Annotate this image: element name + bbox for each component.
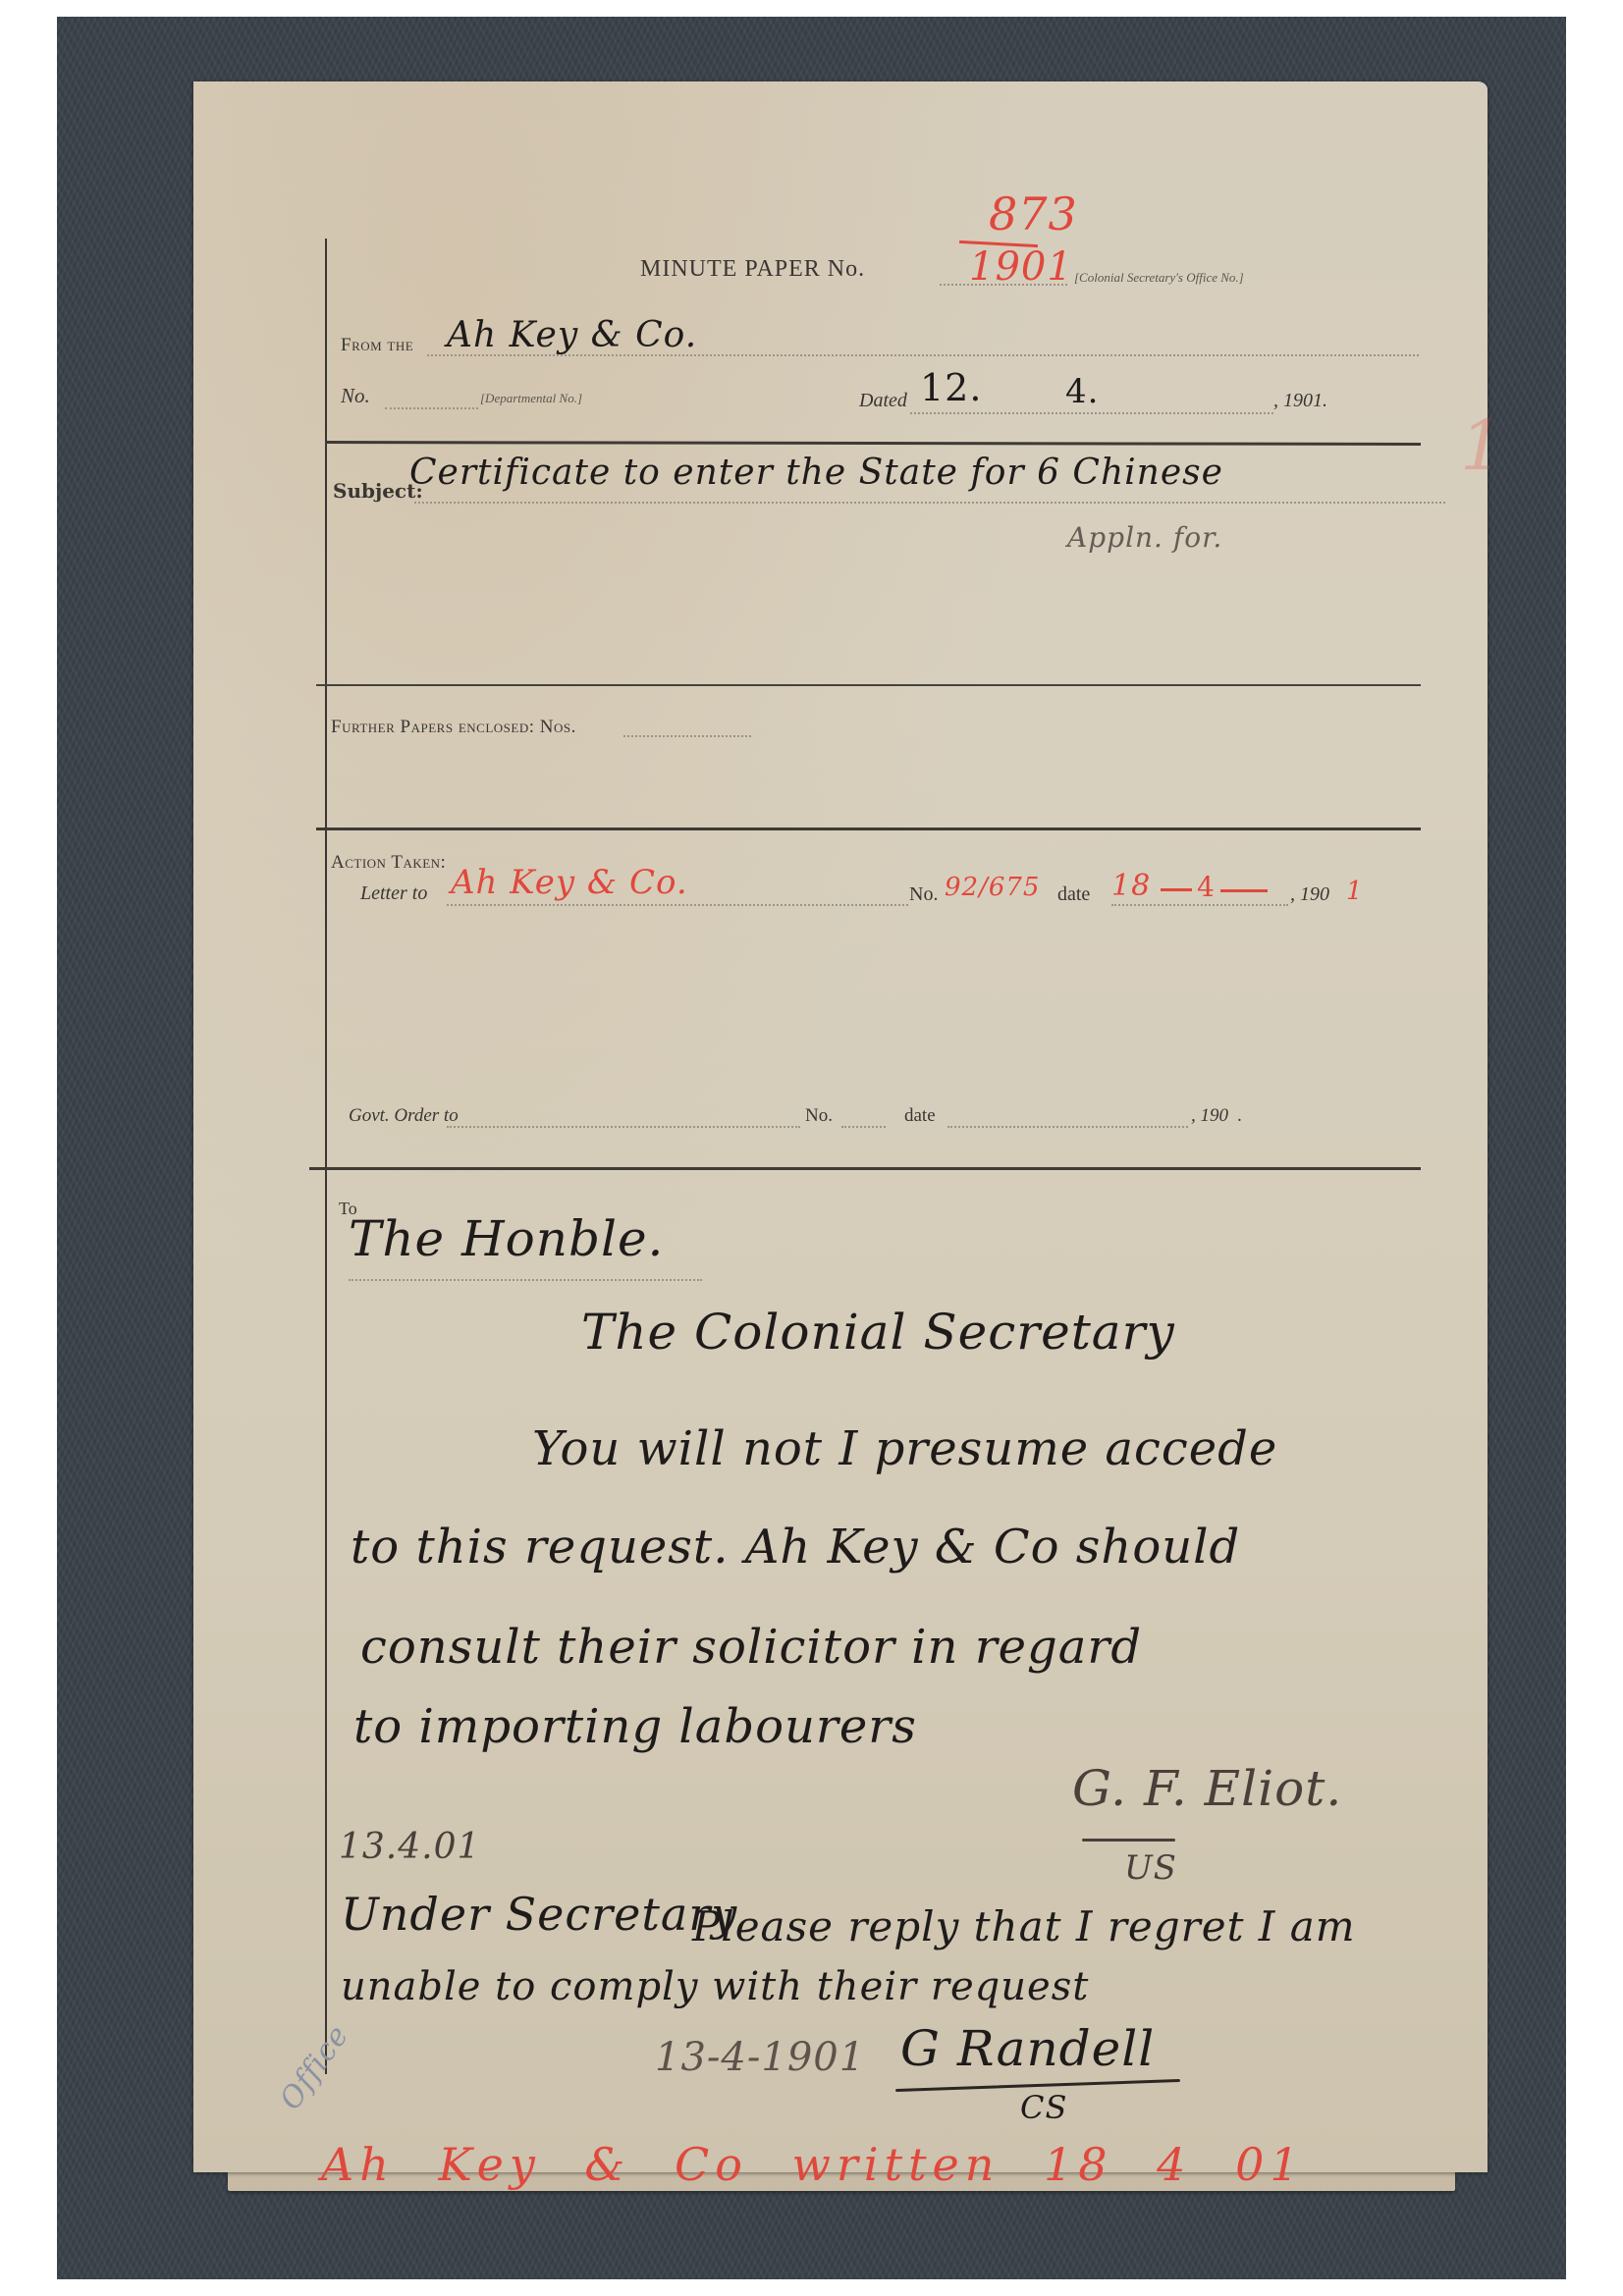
letter-date-dots xyxy=(1111,904,1288,906)
reply-line-1: Please reply that I regret I am xyxy=(692,1902,1356,1950)
reply-signature: G Randell xyxy=(900,2020,1155,2077)
rule-below-header xyxy=(325,441,1421,446)
departmental-note: [Departmental No.] xyxy=(480,391,582,406)
letter-to-dots xyxy=(447,904,908,906)
minute-paper-sheet: 873 MINUTE PAPER No. 1901 [Colonial Secr… xyxy=(193,81,1488,2172)
minute-body-line-4: to importing labourers xyxy=(353,1699,917,1754)
dated-year: , 1901. xyxy=(1273,390,1327,412)
rule-below-subject xyxy=(316,684,1421,686)
minute-date: 13.4.01 xyxy=(339,1827,480,1867)
govt-order-dots xyxy=(447,1126,800,1128)
rule-below-further-papers xyxy=(316,828,1421,830)
letter-date-dash-2 xyxy=(1220,889,1268,892)
reply-addressee: Under Secretary xyxy=(341,1888,737,1941)
from-value: Ah Key & Co. xyxy=(447,315,697,355)
addressee-line2: The Colonial Secretary xyxy=(581,1304,1175,1361)
letter-no-value: 92/675 xyxy=(945,873,1040,902)
left-margin-rule xyxy=(325,239,327,2074)
from-label: From the xyxy=(341,335,413,356)
addressee-line1: The Honble. xyxy=(349,1210,664,1267)
red-footer-note: Ah Key & Co written 18 4 01 xyxy=(321,2138,1305,2191)
reply-date: 13-4-1901 xyxy=(655,2035,865,2080)
letter-to-value: Ah Key & Co. xyxy=(451,863,688,902)
minute-signature-underline xyxy=(1082,1839,1175,1842)
letter-date-month: 4 xyxy=(1197,871,1216,903)
govt-date-label: date xyxy=(904,1105,936,1127)
pencil-office-note: Office xyxy=(273,2019,355,2116)
letter-no-label: No. xyxy=(909,883,938,906)
reply-line-2: unable to comply with their request xyxy=(341,1964,1089,2009)
govt-year-printed: , 190 . xyxy=(1191,1105,1242,1127)
letter-date-label: date xyxy=(1057,883,1090,906)
letter-date-day: 18 xyxy=(1111,869,1151,903)
minute-body-line-3: consult their solicitor in regard xyxy=(360,1620,1142,1675)
dated-day: 12. xyxy=(920,366,982,409)
dated-dots xyxy=(910,412,1273,414)
reply-signature-title: CS xyxy=(1020,2089,1067,2126)
departmental-no-dots xyxy=(385,407,478,409)
govt-order-label: Govt. Order to xyxy=(349,1105,459,1127)
no-label: No. xyxy=(341,384,370,408)
govt-no-label: No. xyxy=(805,1105,833,1127)
further-papers-label: Further Papers enclosed: Nos. xyxy=(331,717,576,738)
subject-annotation: Appln. for. xyxy=(1067,521,1222,554)
subject-value: Certificate to enter the State for 6 Chi… xyxy=(409,453,1223,493)
letter-date-dash-1 xyxy=(1161,888,1192,891)
dated-label: Dated xyxy=(859,390,907,412)
subject-dots xyxy=(414,502,1445,504)
minute-body-line-2: to this request. Ah Key & Co should xyxy=(351,1520,1240,1575)
minute-signature-title: US xyxy=(1124,1848,1177,1888)
minute-number-top: 873 xyxy=(989,187,1078,240)
govt-date-dots xyxy=(947,1126,1188,1128)
letter-year-hand: 1 xyxy=(1346,877,1364,906)
addressee-dots xyxy=(349,1279,702,1281)
rule-above-minute xyxy=(309,1167,1421,1170)
minute-signature: G. F. Eliot. xyxy=(1072,1760,1342,1817)
dated-month: 4. xyxy=(1065,372,1099,411)
colonial-secretary-office-note: [Colonial Secretary's Office No.] xyxy=(1074,270,1244,286)
minute-paper-title: MINUTE PAPER No. xyxy=(640,256,865,283)
govt-no-dots xyxy=(841,1126,886,1128)
letter-year-printed: , 190 xyxy=(1290,883,1329,906)
margin-pencil-mark: 1 xyxy=(1460,405,1505,486)
action-taken-label: Action Taken: xyxy=(331,852,446,874)
minute-body-line-1: You will not I presume accede xyxy=(532,1421,1277,1476)
minute-number-bottom: 1901 xyxy=(969,244,1073,290)
further-papers-dots xyxy=(623,735,751,737)
letter-to-label: Letter to xyxy=(360,882,427,905)
